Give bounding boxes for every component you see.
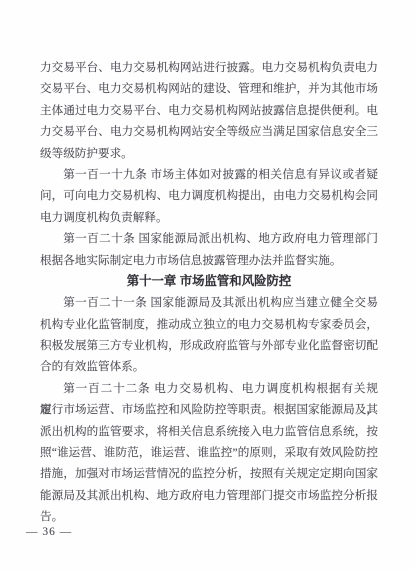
text-line: 问，可向电力交易机构、电力调度机构提出，由电力交易机构会同	[40, 185, 378, 206]
text-line: 能源局及其派出机构、地方政府电力管理部门提交市场监控分析报	[40, 485, 378, 506]
chapter-heading: 第十一章 市场监管和风险防控	[40, 271, 378, 292]
article-line-120: 第一百二十条 国家能源局派出机构、地方政府电力管理部门	[40, 228, 378, 249]
article-line-121: 第一百二十一条 国家能源局及其派出机构应当建立健全交易	[40, 292, 378, 313]
text-line: 力交易平台、电力交易机构网站安全等级应当满足国家信息安全三	[40, 121, 378, 142]
text-line: 积极发展第三方专业机构，形成政府监管与外部专业化监督密切配	[40, 335, 378, 356]
text-line: 照“谁运营、谁防范，谁运营、谁监控”的原则，采取有效风险防控	[40, 442, 378, 463]
text-line: 履行市场运营、市场监控和风险防控等职责。根据国家能源局及其	[40, 399, 378, 420]
text-line: 告。	[40, 506, 378, 527]
text-block: 力交易平台、电力交易机构网站进行披露。电力交易机构负责电力 交易平台、电力交易机…	[40, 57, 378, 528]
text-line: 合的有效监管体系。	[40, 356, 378, 377]
text-line: 力交易平台、电力交易机构网站进行披露。电力交易机构负责电力	[40, 57, 378, 78]
text-line: 主体通过电力交易平台、电力交易机构网站披露信息提供便利。电	[40, 100, 378, 121]
text-line: 机构专业化监管制度，推动成立独立的电力交易机构专家委员会，	[40, 314, 378, 335]
text-line: 措施，加强对市场运营情况的监控分析，按照有关规定定期向国家	[40, 463, 378, 484]
document-page: 力交易平台、电力交易机构网站进行披露。电力交易机构负责电力 交易平台、电力交易机…	[0, 0, 415, 570]
article-line-122: 第一百二十二条 电力交易机构、电力调度机构根据有关规定，	[40, 378, 378, 399]
text-line: 级等级防护要求。	[40, 143, 378, 164]
text-line: 派出机构的监管要求，将相关信息系统接入电力监管信息系统，按	[40, 421, 378, 442]
text-line: 交易平台、电力交易机构网站的建设、管理和维护，并为其他市场	[40, 78, 378, 99]
article-line-119: 第一百一十九条 市场主体如对披露的相关信息有异议或者疑	[40, 164, 378, 185]
text-line: 根据各地实际制定电力市场信息披露管理办法并监督实施。	[40, 250, 378, 271]
page-number: — 36 —	[26, 525, 72, 539]
text-line: 电力调度机构负责解释。	[40, 207, 378, 228]
